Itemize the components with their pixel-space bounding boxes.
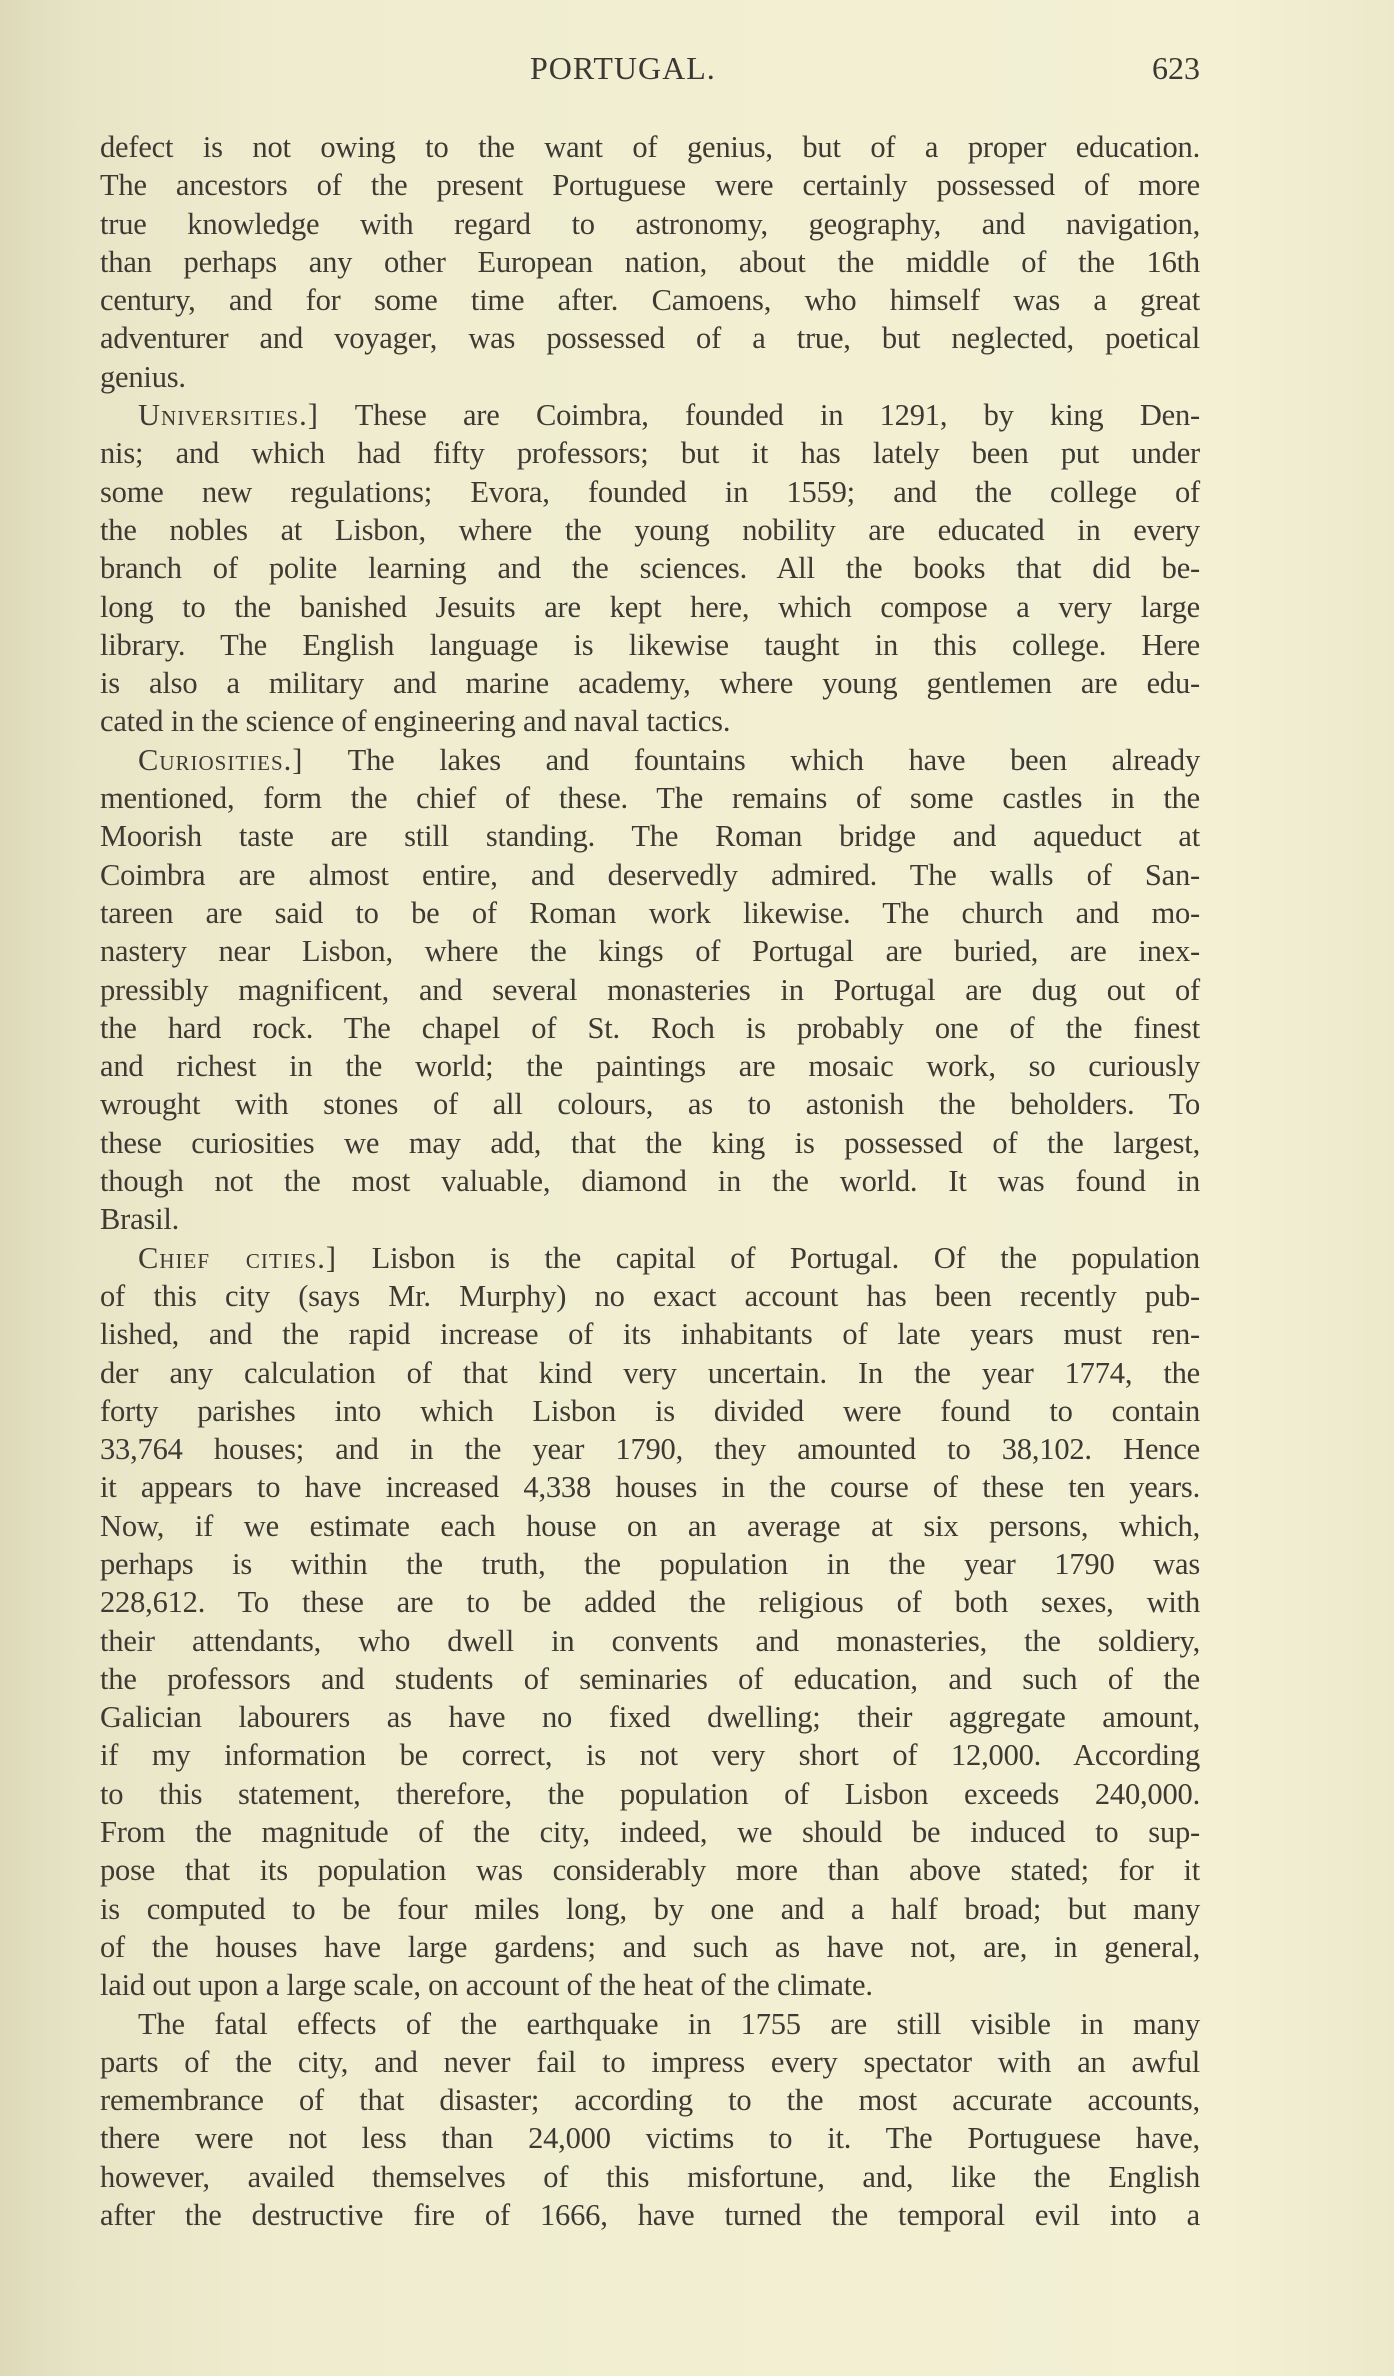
text-line: The fatal effects of the earthquake in 1…	[100, 2005, 1200, 2043]
text-line: Curiosities.] The lakes and fountains wh…	[100, 741, 1200, 779]
text-line: pressibly magnificent, and several monas…	[100, 971, 1200, 1009]
text-line: branch of polite learning and the scienc…	[100, 549, 1200, 587]
text-line: forty parishes into which Lisbon is divi…	[100, 1392, 1200, 1430]
text-line: 228,612. To these are to be added the re…	[100, 1583, 1200, 1621]
text-line: Now, if we estimate each house on an ave…	[100, 1507, 1200, 1545]
text-line: pose that its population was considerabl…	[100, 1851, 1200, 1889]
section-heading-chief-cities: Chief cities.]	[138, 1241, 337, 1275]
text-line: there were not less than 24,000 victims …	[100, 2119, 1200, 2157]
text-line: laid out upon a large scale, on account …	[100, 1966, 1200, 2004]
paragraph-curiosities: Curiosities.] The lakes and fountains wh…	[100, 741, 1200, 1239]
text-line: library. The English language is likewis…	[100, 626, 1200, 664]
text-line: however, availed themselves of this misf…	[100, 2158, 1200, 2196]
text-line: Brasil.	[100, 1200, 1200, 1238]
text-line: genius.	[100, 358, 1200, 396]
text-line: lished, and the rapid increase of its in…	[100, 1315, 1200, 1353]
paragraph-chief-cities: Chief cities.] Lisbon is the capital of …	[100, 1239, 1200, 2005]
text-line: some new regulations; Evora, founded in …	[100, 473, 1200, 511]
text-line: than perhaps any other European nation, …	[100, 243, 1200, 281]
text-line: parts of the city, and never fail to imp…	[100, 2043, 1200, 2081]
text-line: From the magnitude of the city, indeed, …	[100, 1813, 1200, 1851]
text-line: of this city (says Mr. Murphy) no exact …	[100, 1277, 1200, 1315]
text-line: these curiosities we may add, that the k…	[100, 1124, 1200, 1162]
text-line: mentioned, form the chief of these. The …	[100, 779, 1200, 817]
text-line: is computed to be four miles long, by on…	[100, 1890, 1200, 1928]
section-heading-curiosities: Curiosities.]	[138, 743, 303, 777]
paragraph-education: defect is not owing to the want of geniu…	[100, 128, 1200, 396]
page-number: 623	[1152, 50, 1200, 87]
paragraph-earthquake: The fatal effects of the earthquake in 1…	[100, 2005, 1200, 2235]
text-line: wrought with stones of all colours, as t…	[100, 1085, 1200, 1123]
text-line: der any calculation of that kind very un…	[100, 1354, 1200, 1392]
text-line: cated in the science of engineering and …	[100, 702, 1200, 740]
text-line: of the houses have large gardens; and su…	[100, 1928, 1200, 1966]
text-line: tareen are said to be of Roman work like…	[100, 894, 1200, 932]
text-line: 33,764 houses; and in the year 1790, the…	[100, 1430, 1200, 1468]
text-line: century, and for some time after. Camoen…	[100, 281, 1200, 319]
text-line: Moorish taste are still standing. The Ro…	[100, 817, 1200, 855]
text-line: Galician labourers as have no fixed dwel…	[100, 1698, 1200, 1736]
text-line: long to the banished Jesuits are kept he…	[100, 588, 1200, 626]
text-line: after the destructive fire of 1666, have…	[100, 2196, 1200, 2234]
text-line: The ancestors of the present Portuguese …	[100, 166, 1200, 204]
text-line: Universities.] These are Coimbra, founde…	[100, 396, 1200, 434]
text-line: their attendants, who dwell in convents …	[100, 1622, 1200, 1660]
page-header: PORTUGAL. 623	[100, 50, 1200, 100]
paragraph-universities: Universities.] These are Coimbra, founde…	[100, 396, 1200, 741]
text-line: remembrance of that disaster; according …	[100, 2081, 1200, 2119]
text-line: is also a military and marine academy, w…	[100, 664, 1200, 702]
text-line: Chief cities.] Lisbon is the capital of …	[100, 1239, 1200, 1277]
text-line: if my information be correct, is not ver…	[100, 1736, 1200, 1774]
text-line: true knowledge with regard to astronomy,…	[100, 205, 1200, 243]
text-line: and richest in the world; the paintings …	[100, 1047, 1200, 1085]
text-line: the nobles at Lisbon, where the young no…	[100, 511, 1200, 549]
text-line: the professors and students of seminarie…	[100, 1660, 1200, 1698]
body-text: defect is not owing to the want of geniu…	[100, 128, 1200, 2234]
book-page: PORTUGAL. 623 defect is not owing to the…	[0, 0, 1394, 2376]
text-line: nis; and which had fifty professors; but…	[100, 434, 1200, 472]
text-line: it appears to have increased 4,338 house…	[100, 1468, 1200, 1506]
text-line: Coimbra are almost entire, and deservedl…	[100, 856, 1200, 894]
text-line: defect is not owing to the want of geniu…	[100, 128, 1200, 166]
text-line: adventurer and voyager, was possessed of…	[100, 319, 1200, 357]
text-line: perhaps is within the truth, the populat…	[100, 1545, 1200, 1583]
running-title: PORTUGAL.	[530, 50, 716, 87]
text-line: the hard rock. The chapel of St. Roch is…	[100, 1009, 1200, 1047]
text-line: nastery near Lisbon, where the kings of …	[100, 932, 1200, 970]
section-heading-universities: Universities.]	[138, 398, 319, 432]
text-line: to this statement, therefore, the popula…	[100, 1775, 1200, 1813]
text-line: though not the most valuable, diamond in…	[100, 1162, 1200, 1200]
